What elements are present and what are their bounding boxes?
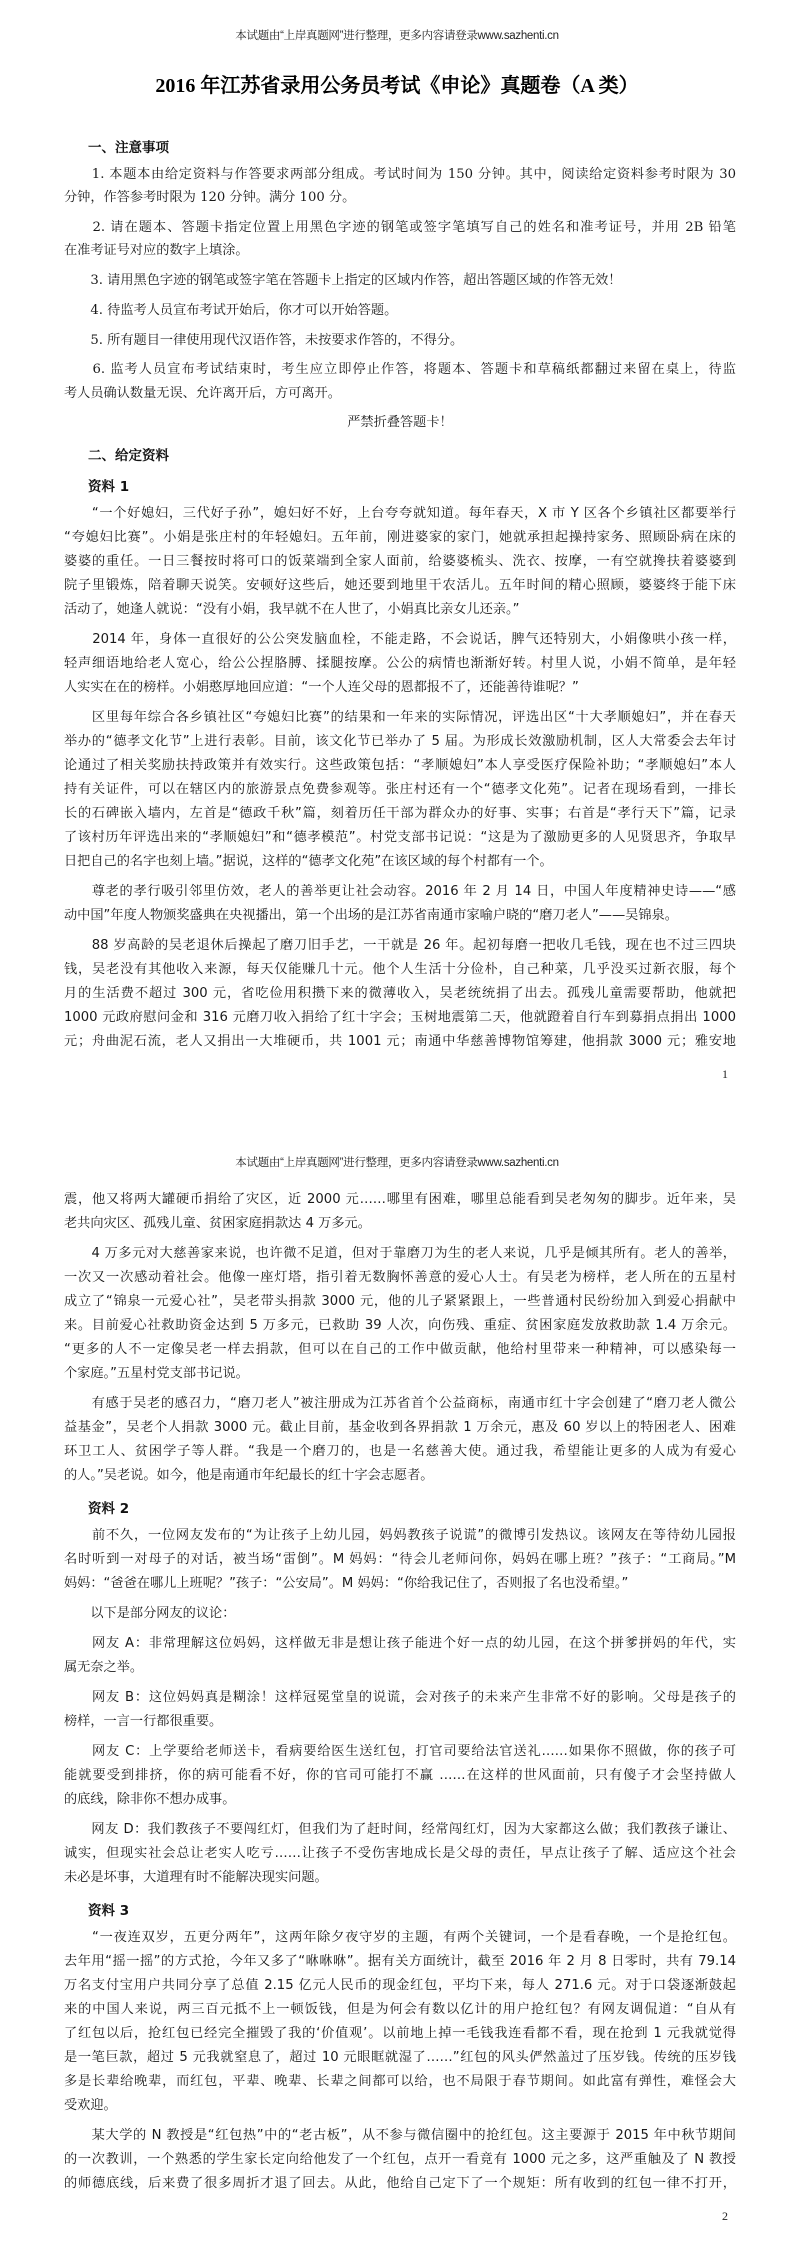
- m1-line: “一个好媳妇，三代好子孙”，媳妇好不好，上台夸夸就知道。每年春天，X 市 Y 区…: [64, 505, 736, 523]
- section-heading-materials: 二、给定资料: [88, 444, 169, 464]
- m2-line: 的底线，除非你不想办成事。: [64, 1791, 736, 1809]
- m1-line: 元；舟曲泥石流，老人又捐出一大堆硬币，共 1001 元；南通中华慈善博物馆筹建，…: [64, 1033, 736, 1051]
- material-2-heading: 资料 2: [88, 1497, 129, 1517]
- m1-line: 区里每年综合各乡镇社区“夸媳妇比赛”的结果和一年来的实际情况，评选出区“十大孝顺…: [64, 709, 736, 727]
- m3-line: 万名支付宝用户共同分享了总值 2.15 亿元人民币的现金红包，平均下来，每人 2…: [64, 1977, 736, 1995]
- notice-5: 5. 所有题目一律使用现代汉语作答，未按要求作答的，不得分。: [64, 332, 736, 350]
- m2-line: 属无奈之举。: [64, 1659, 736, 1677]
- m1-line: 尊老的孝行吸引邻里仿效，老人的善举更让社会动容。2016 年 2 月 14 日，…: [64, 883, 736, 901]
- m2-line: 网友 B：这位妈妈真是糊涂！这样冠冕堂皇的说谎，会对孩子的未来产生非常不好的影响…: [64, 1689, 736, 1707]
- m1-line: 老共向灾区、孤残儿童、贫困家庭捐款达 4 万多元。: [64, 1215, 736, 1233]
- material-1-heading: 资料 1: [88, 475, 129, 495]
- m2-line: 能就要受到排挤，你的病可能看不好，你的官司可能打不赢 ……在这样的世风面前，只有…: [64, 1767, 736, 1785]
- m1-line: 轻声细语地给老人宽心，给公公捏胳膊、揉腿按摩。公公的病情也渐渐好转。村里人说，小…: [64, 655, 736, 673]
- m1-line: 个家庭。”五星村党支部书记说。: [64, 1365, 736, 1383]
- page-number: 2: [722, 2209, 728, 2224]
- m1-line: 长的石碑嵌入墙内，左首是“德政千秋”篇，刻着历任干部为群众办的好事、实事；右首是…: [64, 805, 736, 823]
- m2-line: 前不久，一位网友发布的“为让孩子上幼儿园，妈妈教孩子说谎”的微博引发热议。该网友…: [64, 1527, 736, 1545]
- notice-4: 4. 待监考人员宣布考试开始后，你才可以开始答题。: [64, 302, 736, 320]
- m1-line: 钱，吴老没有其他收入来源，每天仅能赚几十元。他个人生活十分俭朴，自己种菜，几乎没…: [64, 961, 736, 979]
- m3-line: 某大学的 N 教授是“红包热”中的“老古板”，从不参与微信圈中的抢红包。这主要源…: [64, 2127, 736, 2145]
- m1-line: 4 万多元对大慈善家来说，也许微不足道，但对于靠磨刀为生的老人来说，几乎是倾其所…: [64, 1245, 736, 1263]
- m1-line: 婆婆的重任。一日三餐按时将可口的饭菜端到全家人面前，给婆婆梳头、洗衣、按摩，一有…: [64, 553, 736, 571]
- page-header-watermark: 本试题由“上岸真题网”进行整理，更多内容请登录www.sazhenti.cn: [0, 1154, 794, 1170]
- m3-line: 来的中国人来说，两三百元抵不上一顿饭钱，但是为何会有数以亿计的用户抢红包？有网友…: [64, 2001, 736, 2019]
- m1-line: 2014 年，身体一直很好的公公突发脑血栓，不能走路，不会说话，脾气还特别大，小…: [64, 631, 736, 649]
- m1-line: “更多的人不一定像吴老一样去捐款，但可以在自己的工作中做贡献，他给村里带来一种精…: [64, 1341, 736, 1359]
- m1-line: 院子里锻炼，陪着聊天说笑。安顿好这些后，她还要到地里干农活儿。五年时间的精心照顾…: [64, 577, 736, 595]
- m1-line: 举办的“德孝文化节”上进行表彰。目前，该文化节已举办了 5 届。为形成长效激励机…: [64, 733, 736, 751]
- m3-line: “一夜连双岁，五更分两年”，这两年除夕夜守岁的主题，有两个关键词，一个是看春晚，…: [64, 1929, 736, 1947]
- notice-2-line-1: 2. 请在题本、答题卡指定位置上用黑色字迹的钢笔或签字笔填写自己的姓名和准考证号…: [64, 219, 736, 237]
- m1-line: 环卫工人、贫困学子等人群。“我是一个磨刀的，也是一名慈善大使。通过我，希望能让更…: [64, 1443, 736, 1461]
- m3-line: 的一次教训，一个熟悉的学生家长定向给他发了一个红包，点开一看竟有 1000 元之…: [64, 2151, 736, 2169]
- m1-line: 持有关证件，可以在辖区内的旅游景点免费参观等。张庄村还有一个“德孝文化苑”。记者…: [64, 781, 736, 799]
- m1-line: 成立了“锦泉一元爱心社”，吴老带头捐款 3000 元，他的儿子紧紧跟上，一些普通…: [64, 1293, 736, 1311]
- section-heading-notices: 一、注意事项: [88, 136, 169, 156]
- m3-line: 是一笔巨款，超过 5 元我就窒息了，超过 10 元眼眶就湿了……”红包的风头俨然…: [64, 2049, 736, 2067]
- notice-1-line-2: 分钟，作答参考时限为 120 分钟。满分 100 分。: [64, 189, 736, 207]
- document-title: 2016 年江苏省录用公务员考试《申论》真题卷（A 类）: [0, 69, 794, 98]
- notice-6-line-1: 6. 监考人员宣布考试结束时，考生应立即停止作答，将题本、答题卡和草稿纸都翻过来…: [64, 361, 736, 379]
- notice-2-line-2: 在准考证号对应的数字上填涂。: [64, 242, 736, 260]
- m1-line: 论通过了相关奖励扶持政策并有效实行。这些政策包括：“孝顺媳妇”本人享受医疗保险补…: [64, 757, 736, 775]
- m3-line: 了红包以后，抢红包已经完全摧毁了我的‘价值观’。以前地上掉一毛钱我连看都不看，现…: [64, 2025, 736, 2043]
- m1-line: 动中国”年度人物颁奖盛典在央视播出，第一个出场的是江苏省南通市家喻户晓的“磨刀老…: [64, 907, 736, 925]
- m3-line: 的师德底线，后来费了很多周折才退了回去。从此，他给自己定下了一个规矩：所有收到的…: [64, 2175, 736, 2193]
- m1-line: 来。目前爱心社救助资金达到 5 万多元，已救助 39 人次，向伤残、重症、贫困家…: [64, 1317, 736, 1335]
- warning-text: 严禁折叠答题卡！: [64, 414, 736, 432]
- notice-3: 3. 请用黑色字迹的钢笔或签字笔在答题卡上指定的区域内作答，超出答题区域的作答无…: [64, 272, 736, 290]
- m2-line: 以下是部分网友的议论：: [64, 1605, 736, 1623]
- m3-line: 去年用“摇一摇”的方式抢，今年又多了“咻咻咻”。据有关方面统计，截至 2016 …: [64, 1953, 736, 1971]
- notice-1-line-1: 1. 本题本由给定资料与作答要求两部分组成。考试时间为 150 分钟。其中，阅读…: [64, 166, 736, 184]
- m1-line: 有感于吴老的感召力，“磨刀老人”被注册成为江苏省首个公益商标，南通市红十字会创建…: [64, 1395, 736, 1413]
- m2-line: 网友 A：非常理解这位妈妈，这样做无非是想让孩子能进个好一点的幼儿园，在这个拼爹…: [64, 1635, 736, 1653]
- m3-line: 受欢迎。: [64, 2097, 736, 2115]
- m1-line: 震，他又将两大罐硬币捐给了灾区，近 2000 元……哪里有困难，哪里总能看到吴老…: [64, 1191, 736, 1209]
- m1-line: 的人。”吴老说。如今，他是南通市年纪最长的红十字会志愿者。: [64, 1467, 736, 1485]
- m3-line: 多是长辈给晚辈，而红包，平辈、晚辈、长辈之间都可以给，也不局限于春节期间。如此富…: [64, 2073, 736, 2091]
- m1-line: 人实实在在的榜样。小娟憨厚地回应道：“一个人连父母的恩都报不了，还能善待谁呢？”: [64, 679, 736, 697]
- page-2: 本试题由“上岸真题网”进行整理，更多内容请登录www.sazhenti.cn 震…: [0, 1122, 794, 2244]
- m2-line: 网友 D：我们教孩子不要闯红灯，但我们为了赶时间，经常闯红灯，因为大家都这么做；…: [64, 1821, 736, 1839]
- page-number: 1: [722, 1067, 728, 1082]
- m1-line: 一次又一次感动着社会。他像一座灯塔，指引着无数胸怀善意的爱心人士。有吴老为榜样，…: [64, 1269, 736, 1287]
- m1-line: 88 岁高龄的吴老退休后操起了磨刀旧手艺，一干就是 26 年。起初每磨一把收几毛…: [64, 937, 736, 955]
- m1-line: 了该村历年评选出来的“孝顺媳妇”和“德孝模范”。村党支部书记说：“这是为了激励更…: [64, 829, 736, 847]
- material-3-heading: 资料 3: [88, 1899, 129, 1919]
- m1-line: 活动了，她逢人就说：“没有小娟，我早就不在人世了，小娟真比亲女儿还亲。”: [64, 601, 736, 619]
- page-1: 本试题由“上岸真题网”进行整理，更多内容请登录www.sazhenti.cn 2…: [0, 0, 794, 1122]
- m2-line: 榜样，一言一行都很重要。: [64, 1713, 736, 1731]
- m2-line: 妈妈：“爸爸在哪儿上班呢？”孩子：“公安局”。M 妈妈：“你给我记住了，否则报了…: [64, 1575, 736, 1593]
- m2-line: 网友 C：上学要给老师送卡，看病要给医生送红包，打官司要给法官送礼……如果你不照…: [64, 1743, 736, 1761]
- m1-line: “夸媳妇比赛”。小娟是张庄村的年轻媳妇。五年前，刚进婆家的家门，她就承担起操持家…: [64, 529, 736, 547]
- notice-6-line-2: 考人员确认数量无误、允许离开后，方可离开。: [64, 385, 736, 403]
- m1-line: 益基金”，吴老个人捐款 3000 元。截止目前，基金收到各界捐款 1 万余元，惠…: [64, 1419, 736, 1437]
- m2-line: 名时听到一对母子的对话，被当场“雷倒”。M 妈妈：“待会儿老师问你，妈妈在哪上班…: [64, 1551, 736, 1569]
- m1-line: 日把自己的名字也刻上墙。”据说，这样的“德孝文化苑”在该区域的每个村都有一个。: [64, 853, 736, 871]
- page-header-watermark: 本试题由“上岸真题网”进行整理，更多内容请登录www.sazhenti.cn: [0, 27, 794, 43]
- m2-line: 诚实，但现实社会总让老实人吃亏……让孩子不受伤害地成长是父母的责任，早点让孩子了…: [64, 1845, 736, 1863]
- m1-line: 1000 元政府慰问金和 316 元磨刀收入捐给了红十字会；玉树地震第二天，他就…: [64, 1009, 736, 1027]
- m1-line: 月的生活费不超过 300 元，省吃俭用积攒下来的微薄收入，吴老统统捐了出去。孤残…: [64, 985, 736, 1003]
- m2-line: 未必是坏事，大道理有时不能解决现实问题。: [64, 1869, 736, 1887]
